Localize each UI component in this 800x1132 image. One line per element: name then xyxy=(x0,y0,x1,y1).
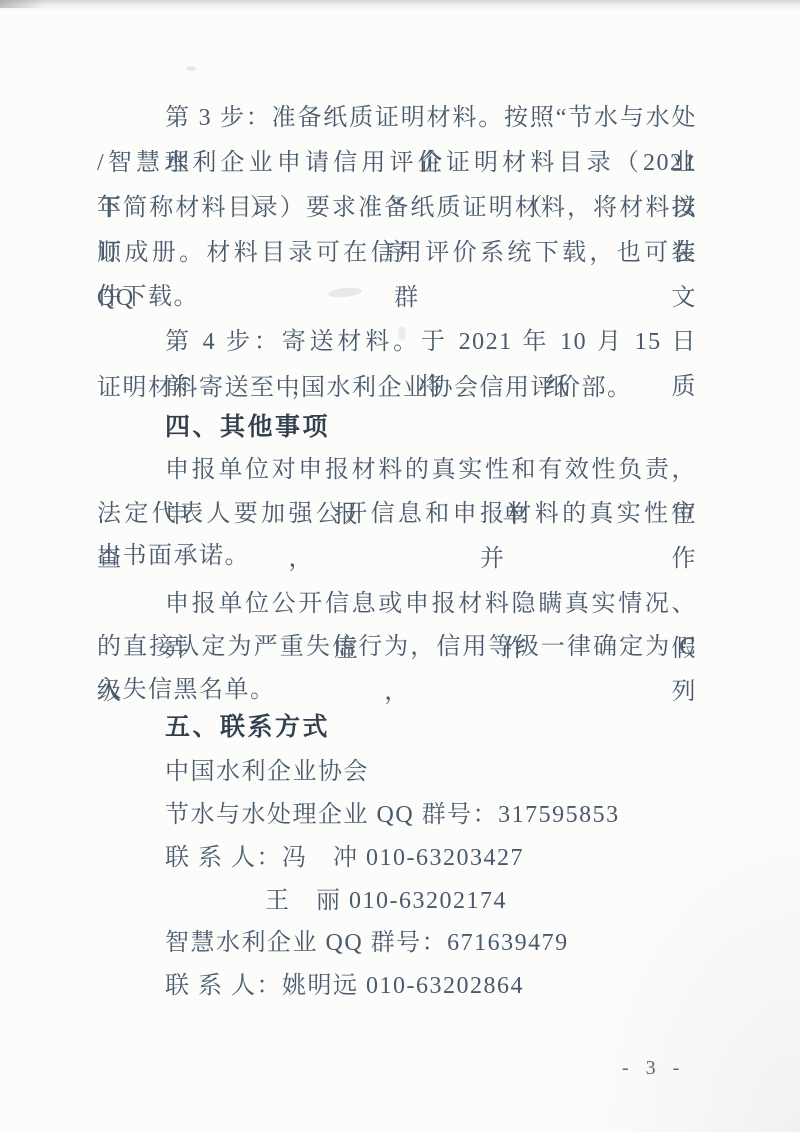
body-line-penalty-2: 的直接认定为严重失信行为，信用等级一律确定为 C 级，列 xyxy=(97,625,697,670)
body-line-step3-3: 下简称材料目录）要求准备纸质证明材料，将材料按顺序装 xyxy=(97,186,697,231)
scan-edge-shadow xyxy=(0,0,800,12)
section-heading-contact: 五、联系方式 xyxy=(97,705,697,750)
scanned-document-page: 第 3 步：准备纸质证明材料。按照“节水与水处理企业 /智慧水利企业申请信用评价… xyxy=(0,0,800,1132)
body-line-step3-5: 件下载。 xyxy=(97,275,697,320)
body-line-step4-1: 第 4 步：寄送材料。于 2021 年 10 月 15 日前，将纸质 xyxy=(97,320,697,365)
body-line-step3-1: 第 3 步：准备纸质证明材料。按照“节水与水处理企业 xyxy=(97,96,697,141)
scan-corner-shadow xyxy=(0,0,46,8)
page-number: - 3 - xyxy=(622,1054,702,1082)
contact-line-organization: 中国水利企业协会 xyxy=(97,750,697,795)
contact-line-person-yao: 联 系 人：姚明远 010-63202864 xyxy=(97,964,697,1009)
contact-line-person-feng: 联 系 人：冯 冲 010-63203427 xyxy=(97,836,697,881)
body-line-step3-4: 订成册。材料目录可在信用评价系统下载，也可在 QQ 群文 xyxy=(97,231,697,276)
contact-line-qq-smart-water: 智慧水利企业 QQ 群号：671639479 xyxy=(97,921,697,966)
contact-line-qq-water-saving: 节水与水处理企业 QQ 群号：317595853 xyxy=(97,793,697,838)
section-heading-other-matters: 四、其他事项 xyxy=(97,405,697,450)
body-line-responsibility-3: 出书面承诺。 xyxy=(97,534,697,579)
body-line-penalty-1: 申报单位公开信息或申报材料隐瞒真实情况、弄虚作假 xyxy=(97,582,697,627)
body-line-responsibility-2: 法定代表人要加强公开信息和申报材料的真实性审查，并作 xyxy=(97,492,697,537)
body-line-step3-2: /智慧水利企业申请信用评价证明材料目录（2021 年）”（以 xyxy=(97,141,697,186)
body-line-responsibility-1: 申报单位对申报材料的真实性和有效性负责，申报单位 xyxy=(97,448,697,493)
scan-artifact xyxy=(186,66,196,71)
contact-line-person-wang: 王 丽 010-63202174 xyxy=(97,879,697,924)
